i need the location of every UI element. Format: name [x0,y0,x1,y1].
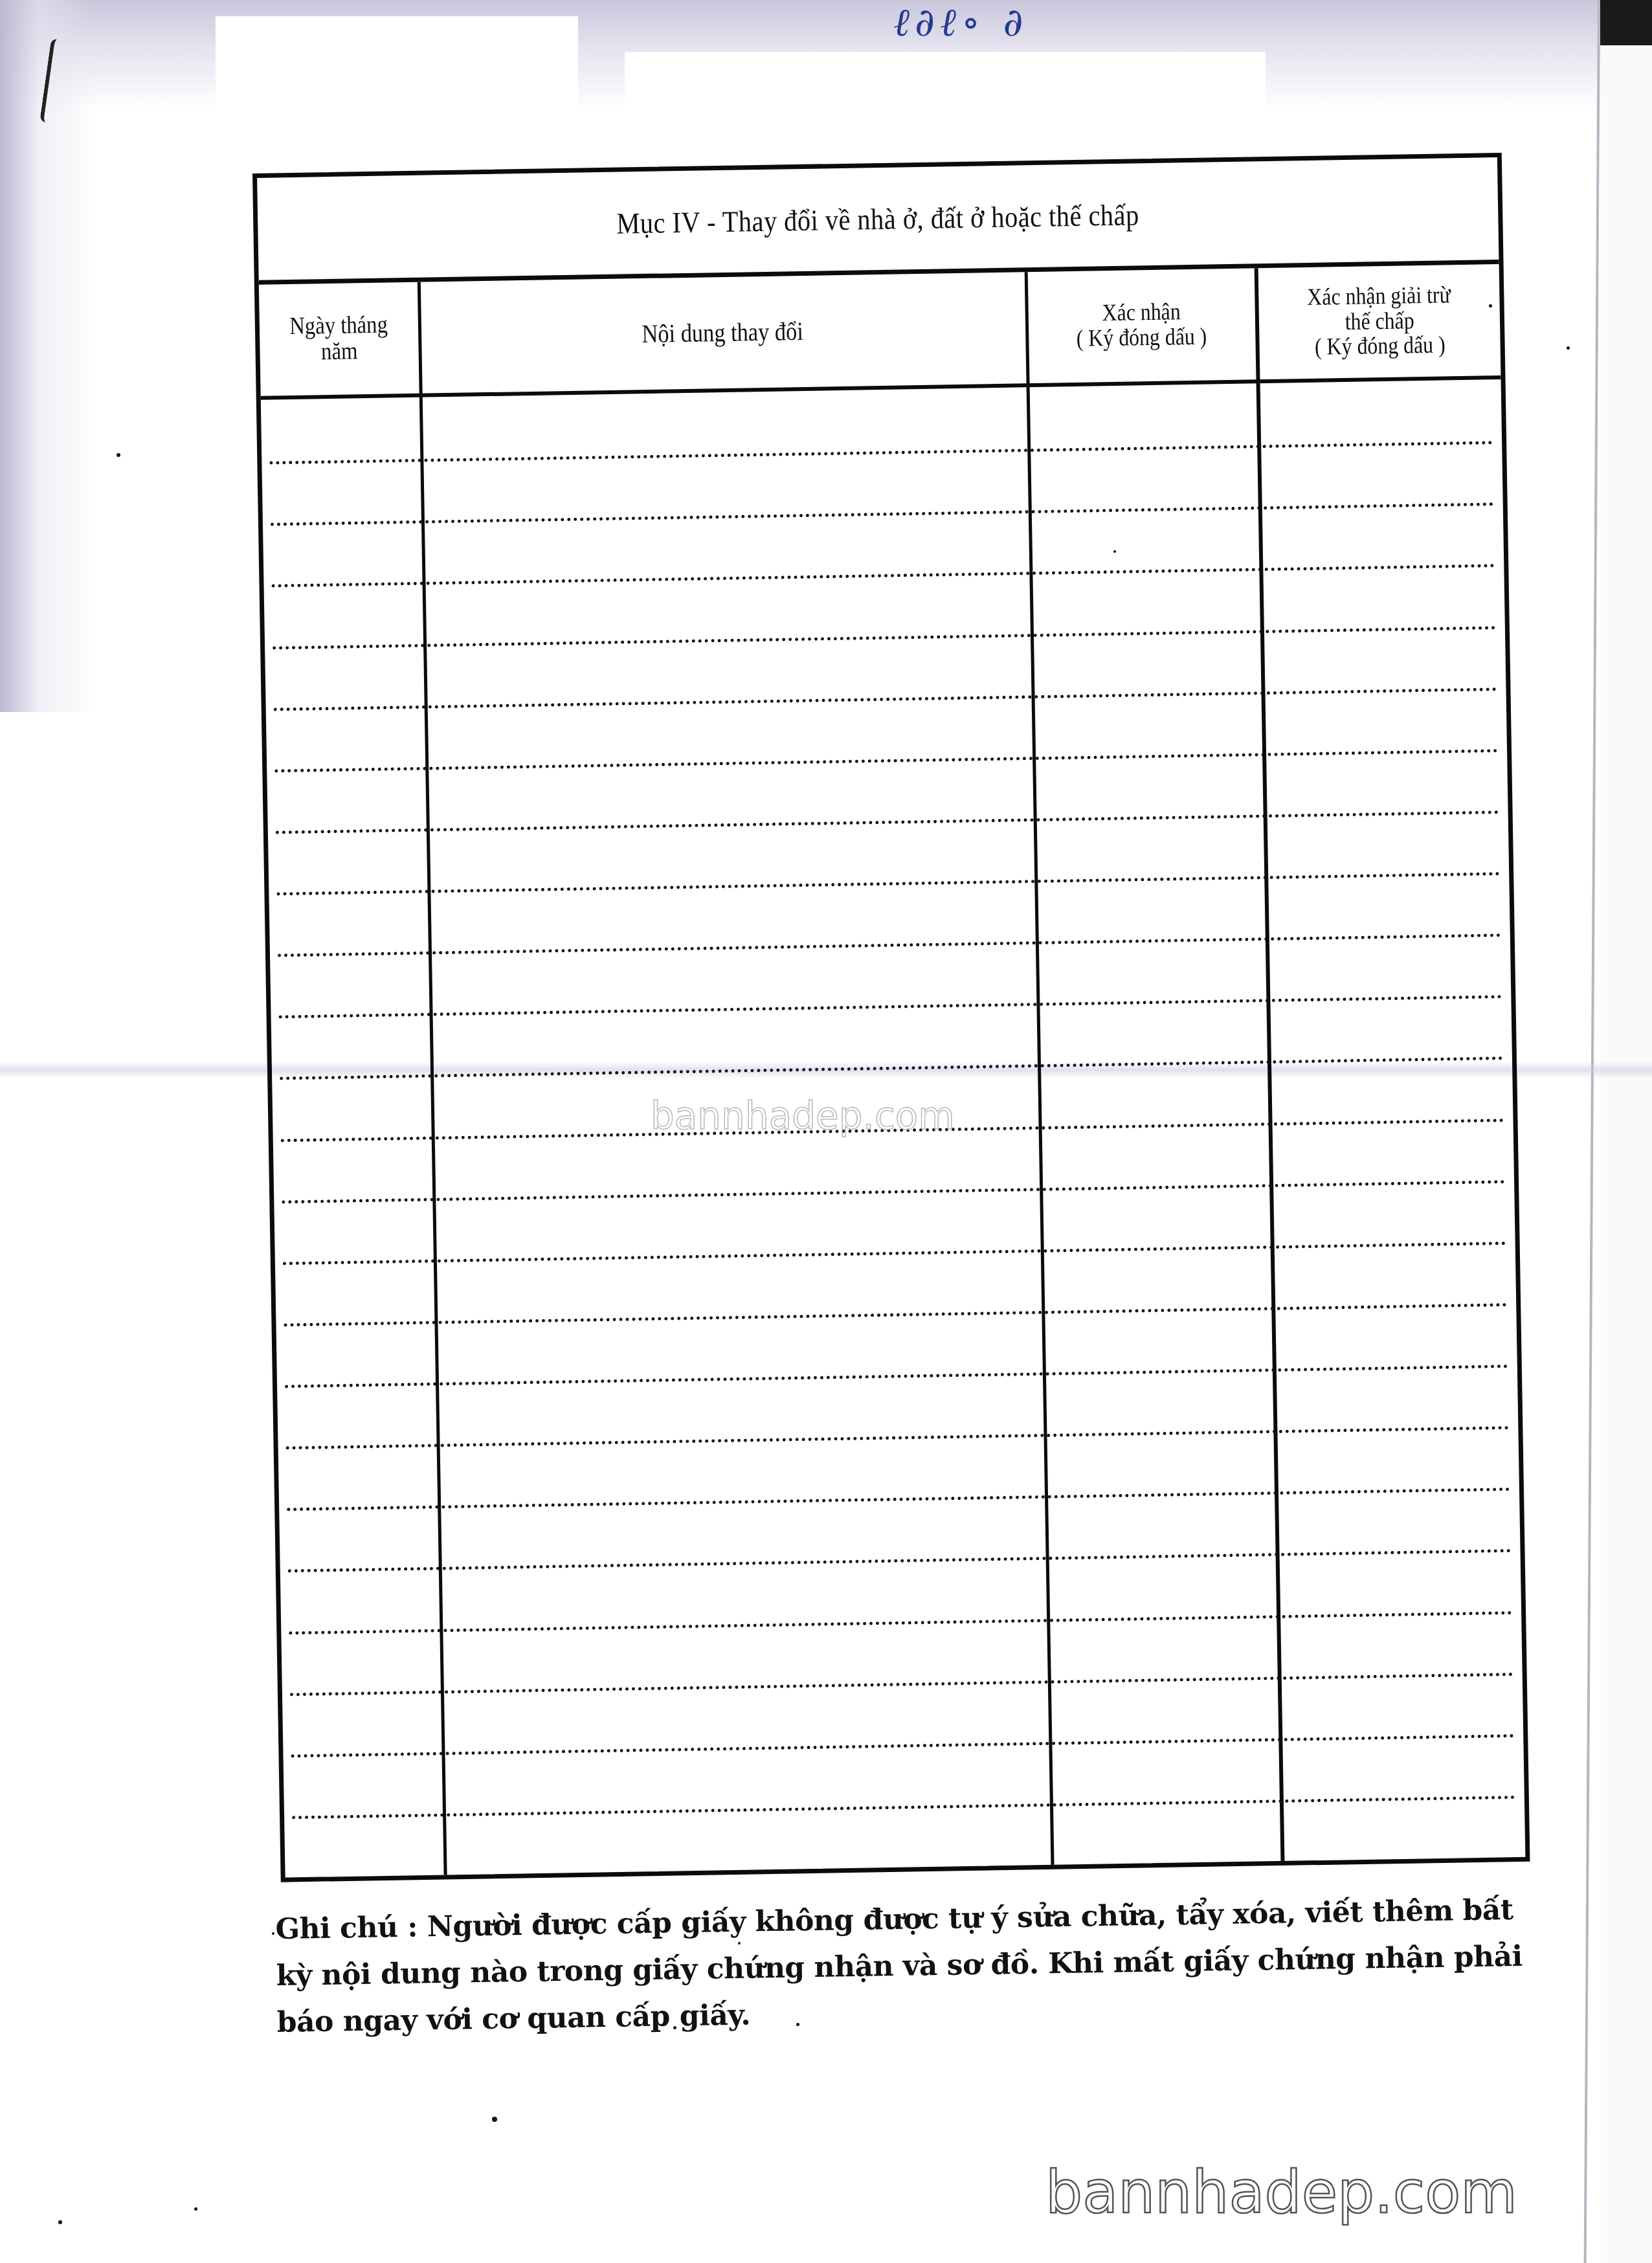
dotted-guide-line [288,1549,1512,1572]
column-header-content: Nội dung thay đổi [418,272,1028,394]
dotted-guide-line [279,995,1502,1018]
column-header-date: Ngày tháng năm [259,282,419,396]
dotted-guide-line [282,1180,1505,1203]
footnote: Ghi chú : Người được cấp giấy không được… [275,1887,1526,2046]
redacted-area [216,16,578,191]
dotted-guide-line [292,1796,1515,1819]
dotted-guide-line [291,1734,1514,1757]
dotted-guide-line [276,872,1500,895]
dotted-guide-line [271,503,1494,526]
footnote-text: Người được cấp giấy không được tự ý sửa … [276,1893,1523,2039]
change-record-form: Mục IV - Thay đổi về nhà ở, đất ở hoặc t… [252,153,1530,1882]
dotted-guide-line [274,749,1498,772]
column-header-mortgage-release: Xác nhận giải trừ thế chấp ( Ký đóng dấu… [1256,264,1504,379]
handwritten-mark: ℓ∂ℓ∘ ∂ [893,0,1029,45]
column-header-row: Ngày tháng năm Nội dung thay đổi Xác nhậ… [259,264,1501,400]
dotted-guide-line [285,1365,1508,1388]
dotted-guide-line [284,1303,1507,1326]
page-edge [1584,0,1600,2263]
dotted-guide-line [289,1611,1512,1634]
dotted-guide-line [278,933,1501,957]
redacted-area [363,16,576,42]
dotted-guide-line [276,810,1499,834]
section-title-row: Mục IV - Thay đổi về nhà ở, đất ở hoặc t… [257,157,1499,285]
dotted-guide-line [269,441,1493,464]
dotted-guide-line [273,626,1496,649]
dotted-guide-line [274,687,1497,711]
dotted-guide-line [287,1488,1510,1511]
column-header-confirm: Xác nhận ( Ký đóng dấu ) [1026,268,1258,383]
footnote-label: Ghi chú : [275,1911,418,1946]
dotted-guide-line [290,1673,1513,1696]
dotted-guide-line [283,1242,1506,1265]
watermark-center: bannhadep.com [651,1094,955,1138]
dotted-guide-line [286,1426,1510,1449]
watermark-bottom: bannhadep.com [1045,2159,1517,2227]
dotted-guide-line [280,1057,1503,1080]
scanner-background [1600,0,1652,2263]
section-title: Mục IV - Thay đổi về nhà ở, đất ở hoặc t… [616,197,1139,240]
dotted-guide-line [272,564,1495,588]
